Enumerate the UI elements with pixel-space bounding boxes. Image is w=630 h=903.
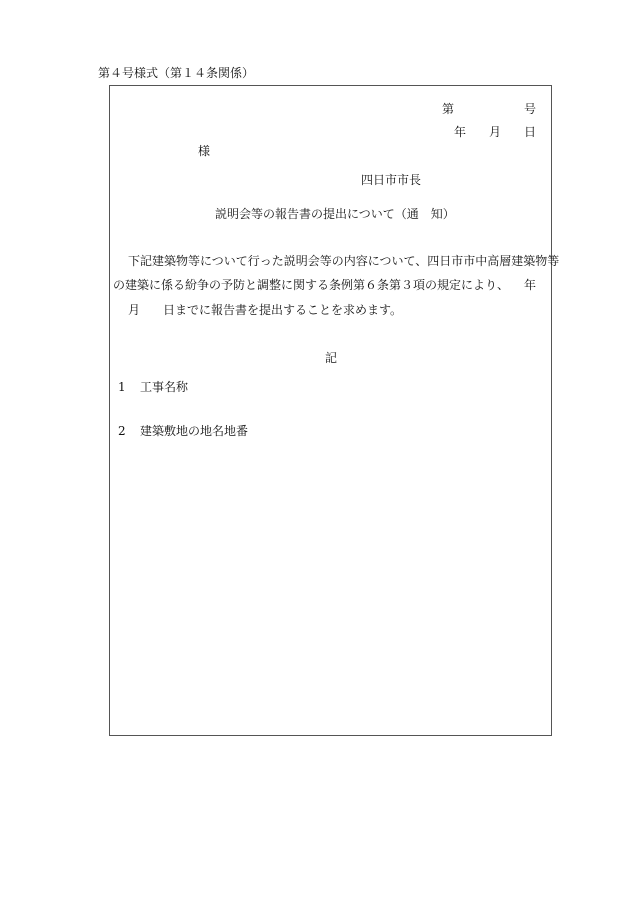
body-line-1: 下記建築物等について行った説明会等の内容について、四日市市中高層建築物等: [128, 254, 559, 268]
body-line-2: の建築に係る紛争の予防と調整に関する条例第６条第３項の規定により、: [113, 278, 509, 292]
item-1-label: 工事名称: [140, 380, 188, 394]
document-title: 説明会等の報告書の提出について（通 知）: [215, 207, 455, 221]
form-label: 第４号様式（第１４条関係）: [98, 66, 254, 80]
item-1-number: 1: [118, 380, 126, 394]
date-month-label: 月: [489, 125, 501, 139]
body-line-2-year: 年: [524, 278, 536, 292]
body-line-3-month: 月: [128, 303, 140, 317]
date-year-label: 年: [454, 125, 466, 139]
document-frame: [109, 85, 552, 736]
ki-heading: 記: [325, 351, 337, 365]
document-number-prefix: 第: [442, 102, 454, 116]
document-number-suffix: 号: [524, 102, 536, 116]
addressee-suffix: 様: [198, 144, 210, 158]
body-line-3: 日までに報告書を提出することを求めます。: [163, 303, 402, 317]
sender-name: 四日市市長: [361, 173, 421, 187]
item-2-number: 2: [118, 424, 126, 438]
date-day-label: 日: [524, 125, 536, 139]
item-2-label: 建築敷地の地名地番: [140, 424, 248, 438]
